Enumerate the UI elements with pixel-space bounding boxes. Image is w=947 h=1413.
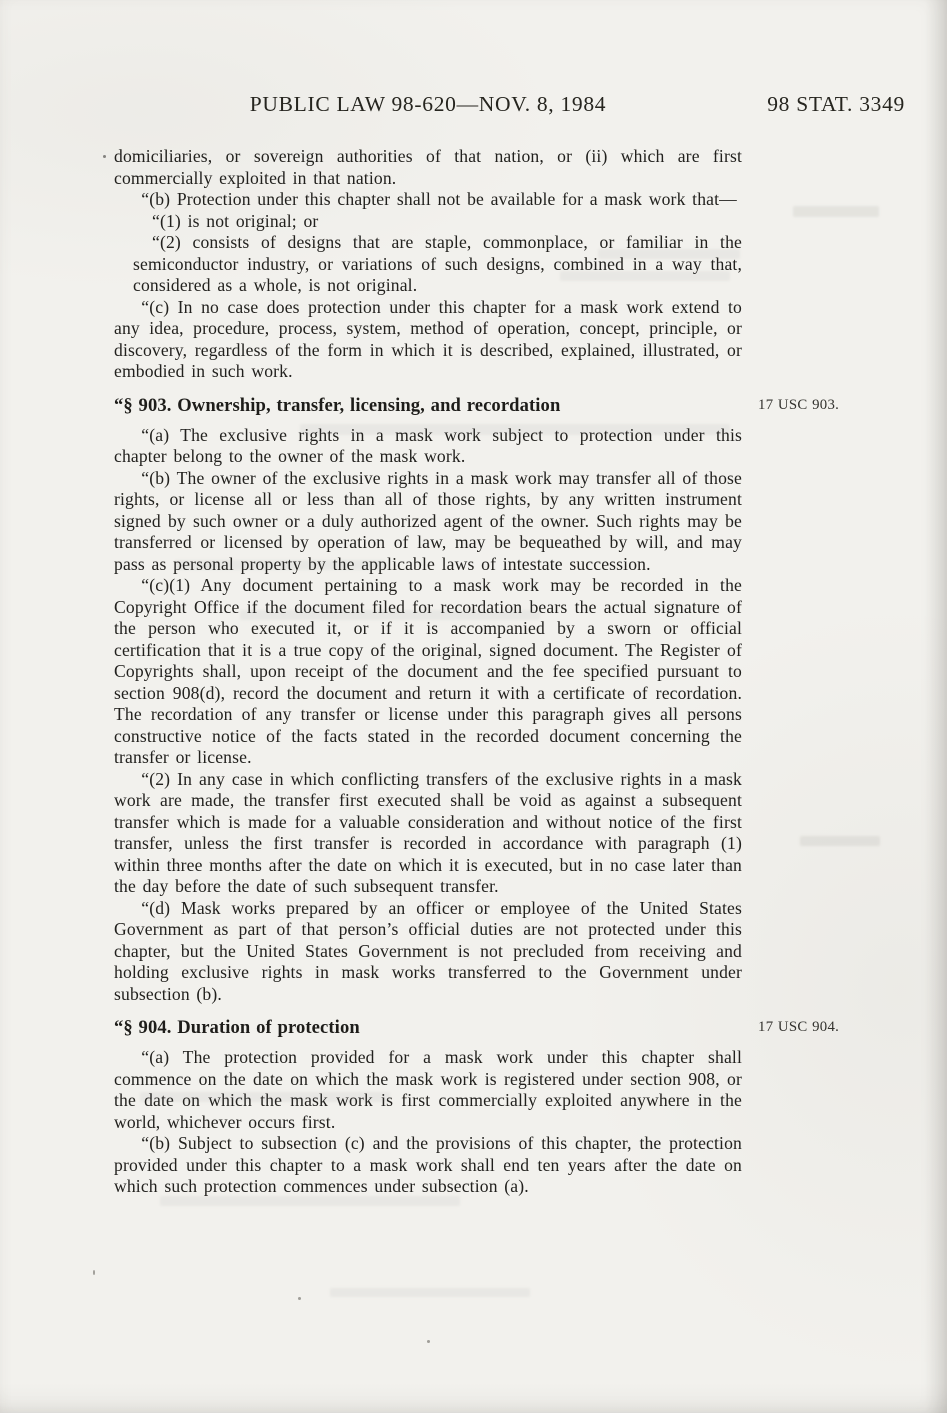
paragraph: “(c) In no case does protection under th… [114,297,742,383]
ink-speck [298,1297,301,1300]
scanned-statute-page: PUBLIC LAW 98-620—NOV. 8, 1984 98 STAT. … [0,0,947,1413]
text-run: “(2) consists of designs that are staple… [133,232,742,295]
bleedthrough-artifact [793,206,879,217]
bleedthrough-artifact [240,610,540,620]
ink-speck [93,1270,95,1275]
text-run: “(b) The owner of the exclusive rights i… [114,468,742,574]
paragraph: “(2) In any case in which conflicting tr… [114,769,742,898]
document-body: domiciliaries, or sovereign authorities … [114,146,742,1198]
running-head: PUBLIC LAW 98-620—NOV. 8, 1984 98 STAT. … [114,92,905,120]
bleedthrough-artifact [598,249,740,259]
bleedthrough-artifact [160,1196,460,1206]
text-run: “§ 903. Ownership, transfer, licensing, … [114,395,560,416]
section-heading: “§ 904. Duration of protection17 USC 904… [114,1016,742,1039]
text-run: “§ 904. Duration of protection [114,1017,360,1038]
text-run: “(a) The protection provided for a mask … [114,1047,742,1132]
usc-margin-note: 17 USC 903. [758,397,839,413]
paragraph: “(1) is not original; or [133,211,742,233]
text-run: “(d) Mask works prepared by an officer o… [114,898,742,1004]
statutes-at-large-citation: 98 STAT. 3349 [767,92,905,117]
section-heading: “§ 903. Ownership, transfer, licensing, … [114,394,742,417]
bleedthrough-artifact [800,836,880,846]
paragraph: “(c)(1) Any document pertaining to a mas… [114,575,742,769]
paragraph: “(d) Mask works prepared by an officer o… [114,898,742,1006]
paragraph: domiciliaries, or sovereign authorities … [114,146,742,189]
paragraph: “(b) Subject to subsection (c) and the p… [114,1133,742,1198]
text-run: “(1) is not original; or [152,211,318,231]
paragraph: “(a) The protection provided for a mask … [114,1047,742,1133]
text-run: “(b) Protection under this chapter shall… [141,189,737,209]
text-run: “(c)(1) Any document pertaining to a mas… [114,575,742,767]
usc-margin-note: 17 USC 904. [758,1019,839,1035]
paragraph: “(2) consists of designs that are staple… [133,232,742,297]
text-run: “(2) In any case in which conflicting tr… [114,769,742,897]
text-run: “(c) In no case does protection under th… [114,297,742,382]
text-run: domiciliaries, or sovereign authorities … [114,146,742,188]
text-run: “(b) Subject to subsection (c) and the p… [114,1133,742,1196]
bleedthrough-artifact [300,424,730,435]
page-header-title: PUBLIC LAW 98-620—NOV. 8, 1984 [114,92,742,117]
bleedthrough-artifact [140,1092,390,1102]
ink-speck [427,1340,430,1343]
paragraph: “(b) Protection under this chapter shall… [114,189,742,211]
bleedthrough-artifact [330,1288,530,1297]
bleedthrough-artifact [175,560,385,570]
bleedthrough-artifact [560,271,730,281]
paragraph: “(b) The owner of the exclusive rights i… [114,468,742,576]
